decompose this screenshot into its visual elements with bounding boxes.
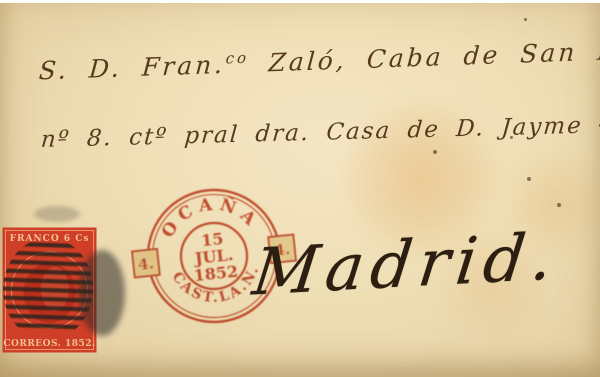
address-superscript: co bbox=[225, 49, 250, 68]
foxing-spot bbox=[527, 177, 531, 181]
datestamp-left-number: 4. bbox=[137, 254, 154, 274]
datestamp-year: 1852 bbox=[193, 262, 239, 286]
foxing-spot bbox=[433, 150, 437, 154]
foxing-spot bbox=[524, 18, 527, 21]
cancel-ink-smear bbox=[34, 206, 80, 222]
cancel-ink-smudge bbox=[79, 250, 125, 336]
photo-top-edge bbox=[0, 0, 600, 3]
foxing-spot bbox=[557, 203, 561, 207]
stamp-bottom-inscription: CORREOS. 1852. bbox=[3, 339, 95, 349]
stamp-top-inscription: FRANCO 6 Cs bbox=[10, 234, 90, 244]
photo-of-postal-cover: { "cover": { "description_title": "1852 … bbox=[0, 0, 600, 377]
